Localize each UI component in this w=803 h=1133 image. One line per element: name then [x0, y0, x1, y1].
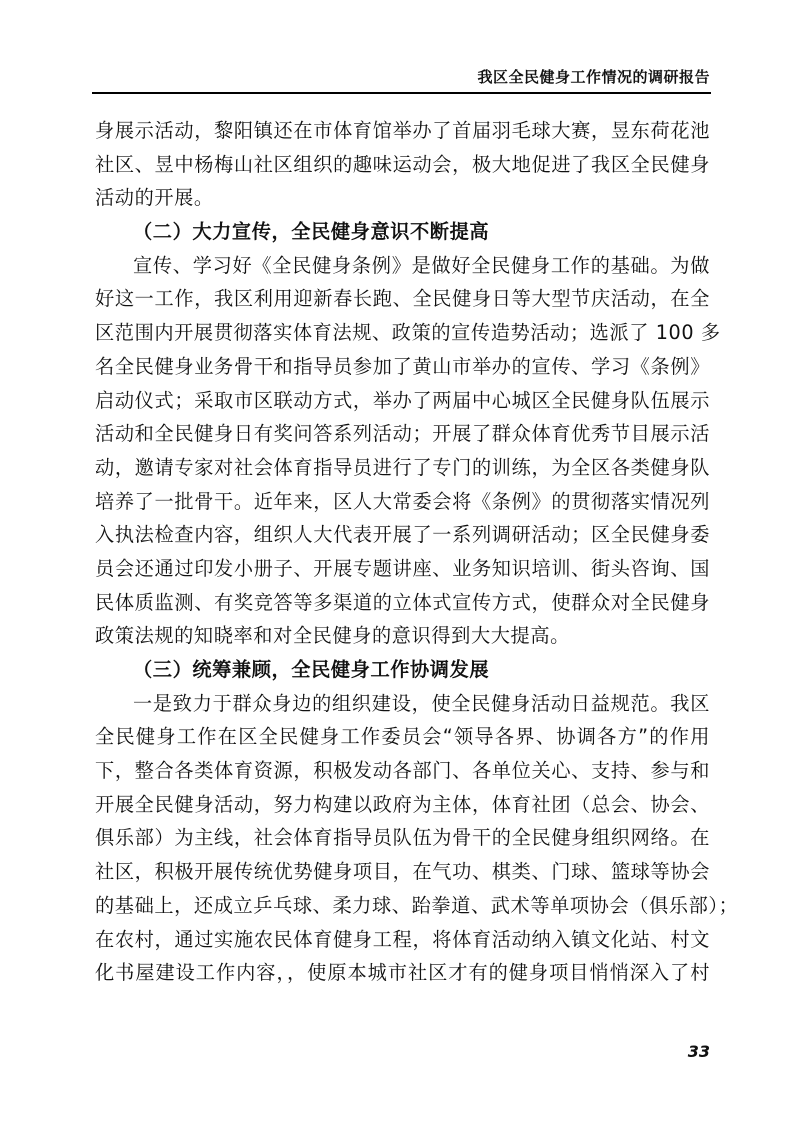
text-line: 开展全民健身活动，努力构建以政府为主体，体育社团（总会、协会、	[95, 788, 710, 822]
text-line: 活动的开展。	[95, 181, 710, 215]
text-line: 动，邀请专家对社会体育指导员进行了专门的训练，为全区各类健身队	[95, 451, 710, 485]
text-line: 化书屋建设工作内容，，使原本城市社区才有的健身项目悄悄深入了村	[95, 956, 710, 990]
text-line: 宣传、学习好《全民健身条例》是做好全民健身工作的基础。为做	[95, 249, 710, 283]
text-line: 全民健身工作在区全民健身工作委员会“领导各界、协调各方”的作用	[95, 720, 710, 754]
text-line: 社区，积极开展传统优势健身项目，在气功、棋类、门球、篮球等协会	[95, 855, 710, 889]
text-line: 俱乐部）为主线，社会体育指导员队伍为骨干的全民健身组织网络。在	[95, 821, 710, 855]
text-line: 下，整合各类体育资源，积极发动各部门、各单位关心、支持、参与和	[95, 754, 710, 788]
text-line: 培养了一批骨干。近年来，区人大常委会将《条例》的贯彻落实情况列	[95, 485, 710, 519]
text-line: 活动和全民健身日有奖问答系列活动；开展了群众体育优秀节目展示活	[95, 417, 710, 451]
text-line: 名全民健身业务骨干和指导员参加了黄山市举办的宣传、学习《条例》	[95, 350, 710, 384]
text-line: 的基础上，还成立乒乓球、柔力球、跆拳道、武术等单项协会（俱乐部）；	[95, 889, 710, 923]
text-line: 入执法检查内容，组织人大代表开展了一系列调研活动；区全民健身委	[95, 518, 710, 552]
text-line: 社区、昱中杨梅山社区组织的趣味运动会，极大地促进了我区全民健身	[95, 148, 710, 182]
text-line: 好这一工作，我区利用迎新春长跑、全民健身日等大型节庆活动，在全	[95, 282, 710, 316]
section-heading: （二）大力宣传，全民健身意识不断提高	[95, 215, 710, 249]
text-line: 区范围内开展贯彻落实体育法规、政策的宣传造势活动；选派了 100 多	[95, 316, 710, 350]
text-line: 在农村，通过实施农民体育健身工程，将体育活动纳入镇文化站、村文	[95, 923, 710, 957]
page-number: 33	[680, 1042, 710, 1061]
text-line: 启动仪式；采取市区联动方式，举办了两届中心城区全民健身队伍展示	[95, 384, 710, 418]
text-line: 员会还通过印发小册子、开展专题讲座、业务知识培训、街头咨询、国	[95, 552, 710, 586]
body-text: 身展示活动，黎阳镇还在市体育馆举办了首届羽毛球大赛，昱东荷花池 社区、昱中杨梅山…	[95, 114, 710, 990]
text-line: 政策法规的知晓率和对全民健身的意识得到大大提高。	[95, 619, 710, 653]
section-heading: （三）统筹兼顾，全民健身工作协调发展	[95, 653, 710, 687]
text-line: 身展示活动，黎阳镇还在市体育馆举办了首届羽毛球大赛，昱东荷花池	[95, 114, 710, 148]
header-rule	[92, 92, 711, 94]
text-line: 民体质监测、有奖竞答等多渠道的立体式宣传方式，使群众对全民健身	[95, 586, 710, 620]
running-head: 我区全民健身工作情况的调研报告	[92, 66, 710, 92]
text-line: 一是致力于群众身边的组织建设，使全民健身活动日益规范。我区	[95, 687, 710, 721]
